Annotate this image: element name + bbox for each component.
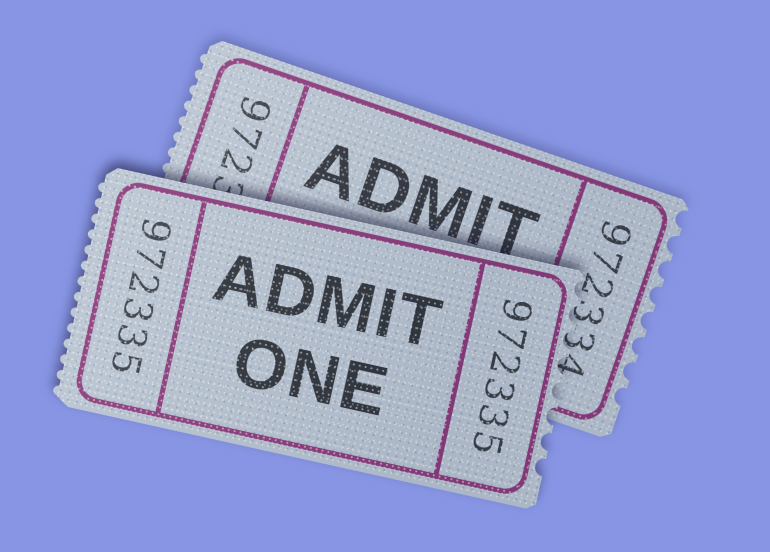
photo-scene: 972334 972334 ADMIT ONE 972335 972335 AD… bbox=[0, 0, 770, 552]
